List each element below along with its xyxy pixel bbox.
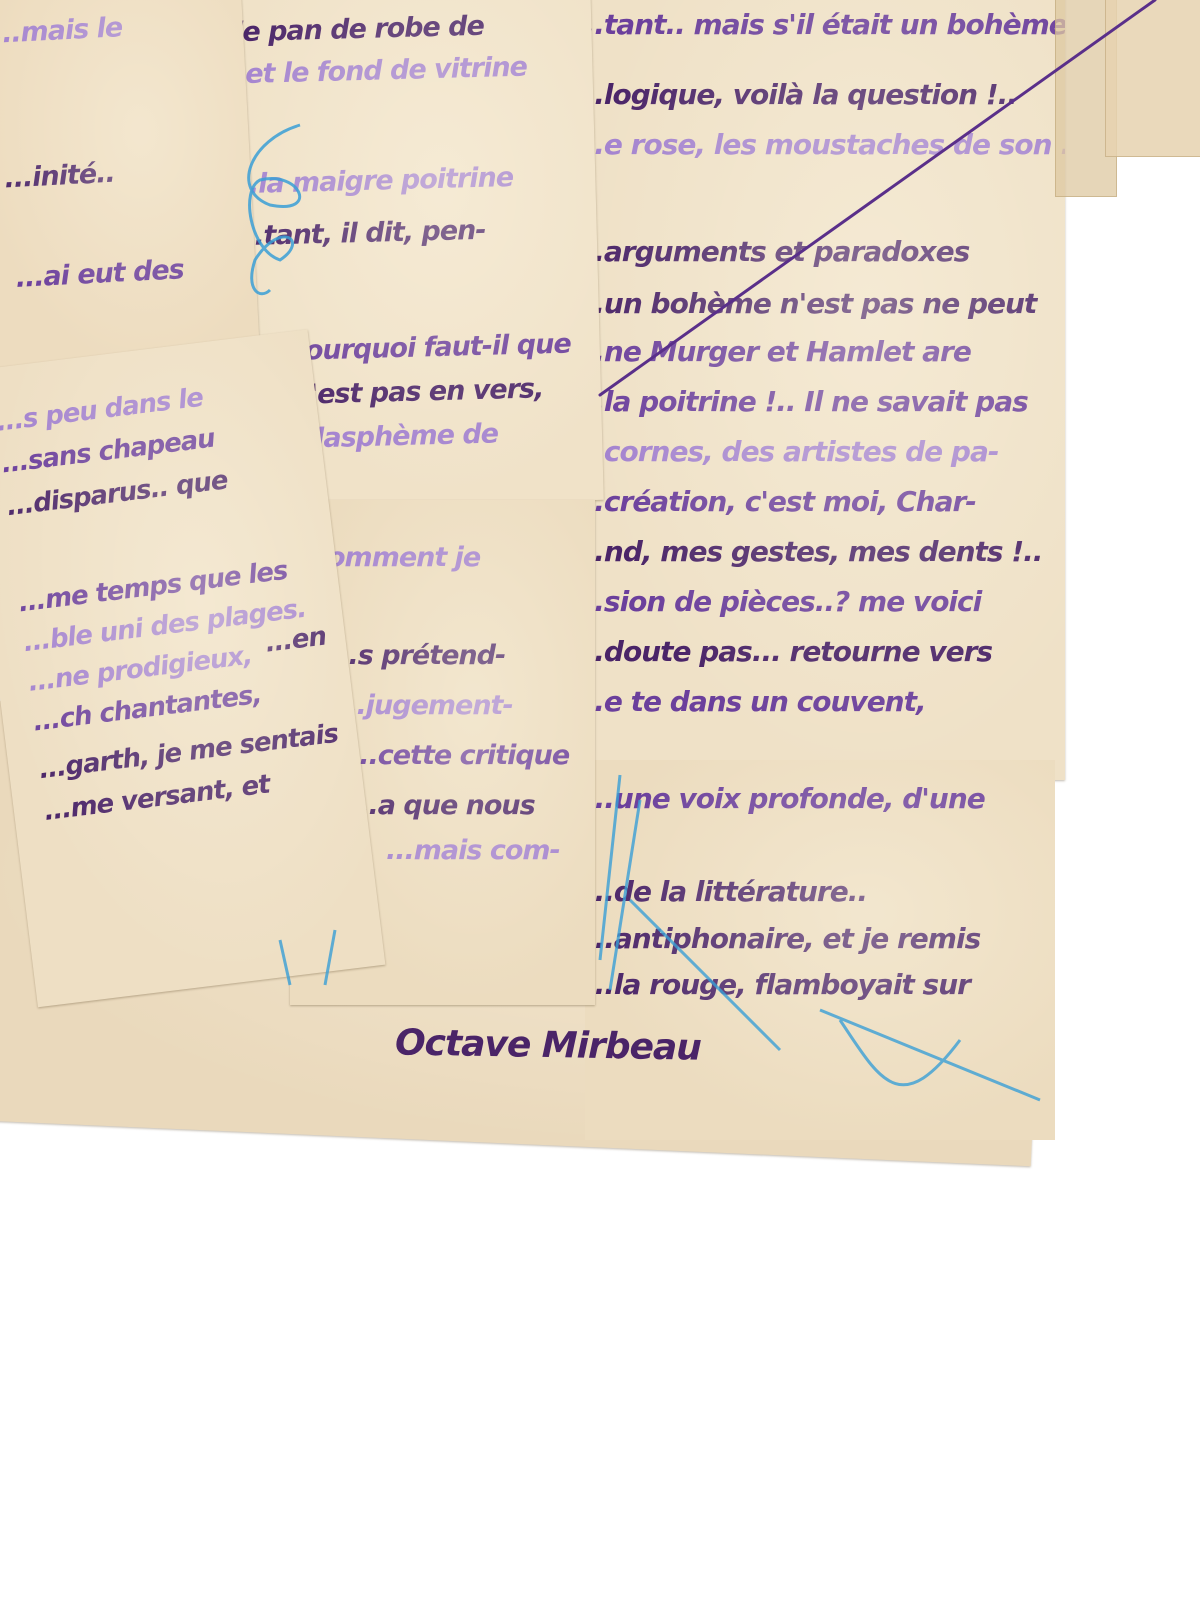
text-line: ...la rouge, flamboyait sur <box>585 968 970 1001</box>
text-line: ...ai eut des <box>15 254 185 294</box>
text-line: ...ne Murger et Hamlet are <box>575 335 971 368</box>
signature: Octave Mirbeau <box>395 1022 702 1068</box>
text-line: ...de la littérature.. <box>585 875 867 908</box>
text-line: ...jugement- <box>338 690 513 721</box>
text-line: ...une voix profonde, d'une <box>585 782 985 815</box>
text-line: ...mais le <box>0 12 123 50</box>
text-line: comment je <box>312 542 480 573</box>
text-line: ...la maigre poitrine <box>230 162 513 200</box>
text-line: ...a que nous <box>350 790 535 821</box>
text-line: ...mais com- <box>386 835 560 866</box>
adhesive-tape <box>1105 0 1200 157</box>
text-line: ...en <box>264 622 328 659</box>
text-line: ...nd, mes gestes, mes dents !.. <box>575 535 1042 568</box>
text-line: ...tant, il dit, pen- <box>235 215 486 253</box>
text-line: ...inité.. <box>4 158 116 195</box>
text-line: ...cette critique <box>350 740 569 771</box>
sheet-right-main: ...tant.. mais s'il était un bohème ...l… <box>575 0 1065 780</box>
text-line: ...création, c'est moi, Char- <box>575 485 976 518</box>
text-line: ...logique, voilà la question !.. <box>575 78 1017 111</box>
text-line: ...tant.. mais s'il était un bohème <box>575 8 1065 41</box>
manuscript-photo: ...tant.. mais s'il était un bohème ...l… <box>0 0 1200 1600</box>
text-line: ...s prétend- <box>330 640 505 671</box>
text-line: ...arguments et paradoxes <box>575 235 969 268</box>
sheet-top-left: ...mais le ...inité.. ...ai eut des <box>0 0 261 379</box>
text-line: ...e rose, les moustaches de son ... <box>575 128 1065 161</box>
text-line: ...le pan de robe de <box>206 11 484 49</box>
text-line: ...la poitrine !.. Il ne savait pas <box>575 385 1028 418</box>
text-line: ...e te dans un couvent, <box>575 685 926 718</box>
text-line: ...un bohème n'est pas ne peut <box>575 287 1036 320</box>
text-line: ...doute pas... retourne vers <box>575 635 992 668</box>
sheet-bottom-right: ...une voix profonde, d'une ...de la lit… <box>585 760 1055 1140</box>
text-line: ...et le fond de vitrine <box>217 52 527 91</box>
text-line: ...cornes, des artistes de pa- <box>575 435 998 468</box>
text-line: ...antiphonaire, et je remis <box>585 922 980 955</box>
text-line: ...sion de pièces..? me voici <box>575 585 981 618</box>
